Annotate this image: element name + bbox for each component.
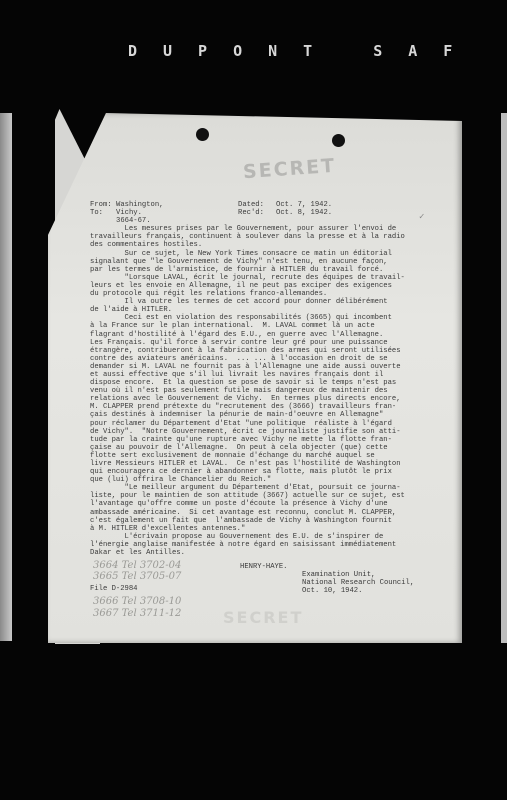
adjacent-frame-left (0, 113, 12, 641)
body-line: "Le meilleur argument du Département d'E… (90, 484, 460, 492)
body-line: du protocole qui régit les relations fra… (90, 290, 460, 298)
body-line: tude par la crainte qu'une rupture avec … (90, 436, 460, 444)
body-line: liste, pour le maintien de son attitude … (90, 492, 460, 500)
body-line: çaise au pouvoir de l'Allemagne. On peut… (90, 444, 460, 452)
body-line: par les termes de l'armistice, de fourni… (90, 266, 460, 274)
body-line: Ceci est en violation des responsabilité… (90, 314, 460, 322)
body-line: livre Messieurs HITLER et LAVAL. Ce n'es… (90, 460, 460, 468)
exam-line-3: Oct. 10, 1942. (302, 587, 414, 595)
handwritten-note: 3665 Tel 3705-07 (93, 571, 181, 582)
from-label: From: (90, 201, 116, 209)
body-line: "Lorsque LAVAL, écrit le journal, recrut… (90, 274, 460, 282)
body-line: Dakar et les Antilles. (90, 549, 460, 557)
body-line: ambassade américaine. Si cet avantage es… (90, 509, 460, 517)
body-line: relations avec le Gouvernement de Vichy.… (90, 395, 460, 403)
adjacent-frame-right (501, 113, 507, 643)
body-line: leurs et les envoie en Allemagne, il ne … (90, 282, 460, 290)
from-value: Washington, (116, 201, 238, 209)
signature: HENRY-HAYE. (240, 563, 287, 571)
punch-hole-left (196, 128, 209, 141)
telegram-document: From: Washington, Dated: Oct. 7, 1942. T… (90, 201, 460, 557)
header-row-to: To: Vichy. Rec'd: Oct. 8, 1942. (90, 209, 460, 217)
body-line: demander si M. LAVAL ne fournit pas à l'… (90, 363, 460, 371)
body-line: Sur ce sujet, le New York Times consacre… (90, 250, 460, 258)
body-line: que (lui) offrira le Chancelier du Reich… (90, 476, 460, 484)
body-line: qui encouragera ce dernier à abandonner … (90, 468, 460, 476)
header-row-ref: 3664-67. (90, 217, 460, 225)
dated-label: Dated: (238, 201, 276, 209)
body-line: de l'aide à HITLER. (90, 306, 460, 314)
body-line: Les mesures prises par le Gouvernement, … (90, 225, 460, 233)
recd-label: Rec'd: (238, 209, 276, 217)
to-label: To: (90, 209, 116, 217)
header-row-from: From: Washington, Dated: Oct. 7, 1942. (90, 201, 460, 209)
dated-value: Oct. 7, 1942. (276, 201, 332, 209)
to-value: Vichy. (116, 209, 238, 217)
body-line: Les Français. qu'il force à servir contr… (90, 339, 460, 347)
punch-hole-right (332, 134, 345, 147)
handwritten-note: 3666 Tel 3708-10 (93, 596, 181, 607)
body-line: flotte sert exclusivement de monnaie d'é… (90, 452, 460, 460)
body-line: à la France sur le plan international. M… (90, 322, 460, 330)
body-line: des commentaires hostiles. (90, 241, 460, 249)
message-reference: 3664-67. (116, 217, 151, 225)
faint-stamp: SECRET (223, 608, 303, 627)
handwritten-note: 3664 Tel 3702-04 (93, 560, 181, 571)
body-line: l'énergie anglaise manifestée à notre ég… (90, 541, 460, 549)
examination-unit-block: Examination Unit, National Research Coun… (302, 571, 414, 595)
exam-line-2: National Research Council, (302, 579, 414, 587)
body-line: flagrant d'hostilité à l'égard des E.U.,… (90, 331, 460, 339)
body-line: c'est également un fait que l'ambassade … (90, 517, 460, 525)
message-body: Les mesures prises par le Gouvernement, … (90, 225, 460, 557)
handwritten-note: 3667 Tel 3711-12 (93, 608, 181, 619)
exam-line-1: Examination Unit, (302, 571, 414, 579)
recd-value: Oct. 8, 1942. (276, 209, 332, 217)
body-line: contre des aviateurs américains. ... ...… (90, 355, 460, 363)
body-line: signalant que "le Gouvernement de Vichy"… (90, 258, 460, 266)
body-line: Il va outre les termes de cet accord pou… (90, 298, 460, 306)
film-edge-header: DUPONT SAF (128, 42, 478, 60)
body-line: M. CLAPPER prend prétexte du "recrutemen… (90, 403, 460, 411)
body-line: çais destinés à indemniser la pénurie de… (90, 411, 460, 419)
body-line: L'écrivain propose au Gouvernement des E… (90, 533, 460, 541)
file-number: File D-2984 (90, 585, 137, 593)
body-line: travailleurs français, continuent à soul… (90, 233, 460, 241)
body-line: et aussi effective que s'il lui livrait … (90, 371, 460, 379)
body-line: venu où il n'est pas seulement futile ma… (90, 387, 460, 395)
body-line: de Vichy". "Notre Gouvernement, écrit ce… (90, 428, 460, 436)
body-line: dispose encore. Et la question se pose d… (90, 379, 460, 387)
body-line: étrangère, contribueront à la fabricatio… (90, 347, 460, 355)
body-line: l'avantage qu'offre comme un poste d'éco… (90, 500, 460, 508)
body-line: pour réclamer du Département d'Etat "une… (90, 420, 460, 428)
body-line: à M. HITLER d'excellentes antennes." (90, 525, 460, 533)
